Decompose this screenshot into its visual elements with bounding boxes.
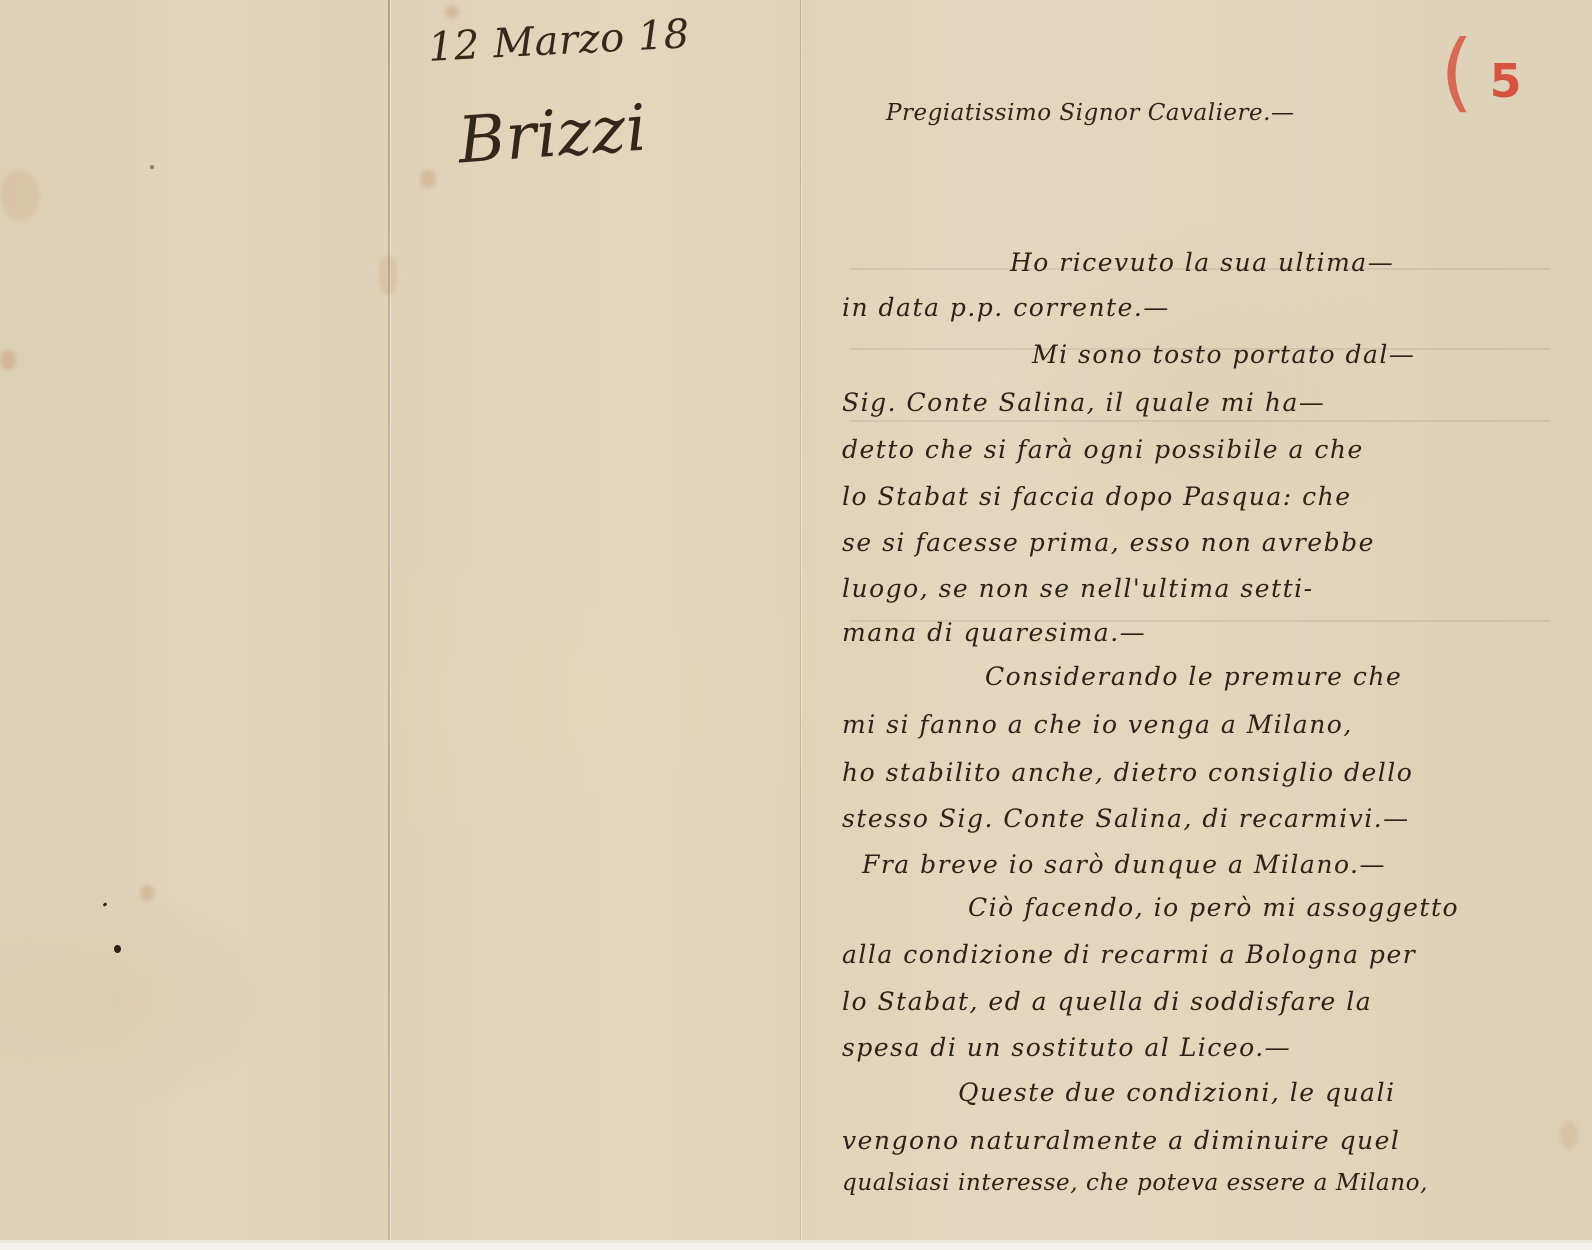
foxing-stain: [1560, 1120, 1578, 1150]
letter-line: in data p.p. corrente.—: [842, 293, 1170, 322]
letter-line: mi si fanno a che io venga a Milano,: [842, 710, 1353, 739]
fold-line-left: [388, 0, 390, 1240]
red-parenthesis-mark: (: [1440, 22, 1474, 122]
ink-speck: [103, 902, 108, 907]
foxing-stain: [0, 170, 40, 220]
letter-line: spesa di un sostituto al Liceo.—: [842, 1033, 1291, 1062]
foxing-stain: [0, 350, 16, 370]
ink-speck: [114, 945, 121, 953]
fold-line-middle: [800, 0, 801, 1240]
archival-page-number: (5: [1440, 18, 1522, 118]
letter-line: alla condizione di recarmi a Bologna per: [842, 940, 1416, 969]
margin-name-note: Brizzi: [456, 91, 650, 178]
letter-line: Fra breve io sarò dunque a Milano.—: [862, 850, 1386, 879]
foxing-stain: [445, 6, 459, 18]
page-number-value: 5: [1490, 54, 1522, 108]
letter-line: stesso Sig. Conte Salina, di recarmivi.—: [842, 804, 1410, 833]
letter-line: lo Stabat si faccia dopo Pasqua: che: [842, 482, 1352, 511]
letter-line: qualsiasi interesse, che poteva essere a…: [842, 1170, 1428, 1196]
letter-line: luogo, se non se nell'ultima setti-: [842, 574, 1314, 603]
letter-sheet: 12 Marzo 18 Brizzi (5 Pregiatissimo Sign…: [0, 0, 1592, 1243]
letter-line: Sig. Conte Salina, il quale mi ha—: [842, 388, 1325, 417]
letter-line: detto che si farà ogni possibile a che: [842, 435, 1364, 464]
letter-line: vengono naturalmente a diminuire quel: [842, 1126, 1400, 1155]
letter-line: Ciò facendo, io però mi assoggetto: [968, 893, 1459, 922]
margin-date-note: 12 Marzo 18: [427, 11, 691, 71]
letter-line: Considerando le premure che: [985, 662, 1402, 691]
letter-line: mana di quaresima.—: [842, 618, 1146, 647]
foxing-stain: [420, 170, 436, 188]
letter-line: se si facesse prima, esso non avrebbe: [842, 528, 1375, 557]
bleed-through: [850, 420, 1550, 422]
foxing-stain: [140, 885, 154, 901]
letter-salutation: Pregiatissimo Signor Cavaliere.—: [886, 100, 1294, 126]
letter-line: Queste due condizioni, le quali: [958, 1078, 1395, 1107]
letter-line: lo Stabat, ed a quella di soddisfare la: [842, 987, 1372, 1016]
foxing-stain: [378, 255, 398, 295]
letter-line: Ho ricevuto la sua ultima—: [1010, 248, 1394, 277]
letter-line: ho stabilito anche, dietro consiglio del…: [842, 758, 1413, 787]
letter-line: Mi sono tosto portato dal—: [1032, 340, 1415, 369]
ink-speck: [150, 165, 154, 169]
